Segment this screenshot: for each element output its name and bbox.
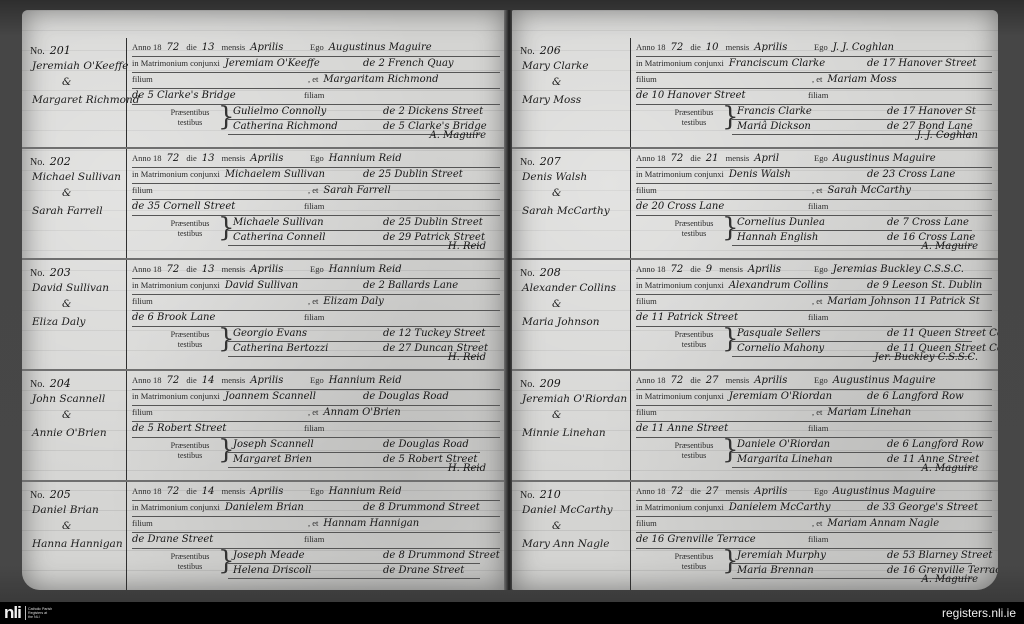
bride-line: filium , etSarah Farrell: [132, 185, 500, 200]
bride-address: de Drane Street: [132, 534, 213, 545]
margin-ampersand: &: [62, 76, 71, 88]
register-entry: No.203 David Sullivan & Eliza Daly Anno …: [22, 258, 506, 369]
logo-caption: Catholic Parish Registers at the NLI: [28, 607, 68, 619]
groom-line: in Matrimonium conjunxiDanielem McCarthy…: [636, 502, 992, 517]
register-entry: No.202 Michael Sullivan & Sarah Farrell …: [22, 147, 506, 258]
day: 13: [202, 42, 215, 53]
bride-address: de 10 Hanover Street: [636, 90, 746, 101]
margin-ampersand: &: [552, 76, 561, 88]
witness-1: Joseph Scannellde Douglas Road: [228, 439, 480, 453]
margin-groom-name: Jeremiah O'Keeffe: [32, 60, 128, 72]
groom-name: David Sullivan: [225, 280, 298, 291]
groom-line: in Matrimonium conjunxiFranciscum Clarke…: [636, 58, 992, 73]
priest-signature: A. Maguire: [429, 130, 486, 141]
margin-groom-name: Daniel McCarthy: [522, 504, 613, 516]
bride-name: Margaritam Richmond: [323, 74, 438, 85]
nli-logo[interactable]: nli: [4, 604, 21, 622]
bride-address: de 11 Anne Street: [636, 423, 728, 434]
witness-label: Præsentibustestibus: [664, 552, 724, 572]
entry-margin: No.207 Denis Walsh & Sarah McCarthy: [512, 149, 631, 258]
entry-body: Anno 1872 die14 mensisAprilis EgoHannium…: [132, 482, 500, 590]
groom-name: Denis Walsh: [729, 169, 791, 180]
groom-name: Danielem Brian: [225, 502, 304, 513]
entry-number: No.207: [520, 155, 566, 168]
priest: Augustinus Maguire: [833, 153, 936, 164]
entry-margin: No.210 Daniel McCarthy & Mary Ann Nagle: [512, 482, 631, 590]
date-line: Anno 1872 die13 mensisAprilis EgoAugusti…: [132, 42, 500, 57]
year: 72: [671, 486, 684, 497]
date-line: Anno 1872 die9 mensisAprilis EgoJeremias…: [636, 264, 992, 279]
month: Aprilis: [250, 264, 283, 275]
entry-number: No.209: [520, 377, 566, 390]
entry-body: Anno 1872 die14 mensisAprilis EgoHannium…: [132, 371, 500, 480]
groom-name: Joannem Scannell: [225, 391, 316, 402]
bride-line: filium , etMargaritam Richmond: [132, 74, 500, 89]
witness-2: Helena Driscollde Drane Street: [228, 565, 480, 579]
entry-number: No.210: [520, 488, 566, 501]
entry-number: No.202: [30, 155, 76, 168]
margin-groom-name: Denis Walsh: [522, 171, 587, 183]
priest-signature: Jer. Buckley C.S.S.C.: [874, 352, 978, 363]
bride-line: filium , etMariam Annam Nagle: [636, 518, 992, 533]
margin-ampersand: &: [552, 298, 561, 310]
margin-bride-name: Margaret Richmond: [32, 94, 139, 106]
year: 72: [167, 375, 180, 386]
groom-line: in Matrimonium conjunxiDanielem Brian de…: [132, 502, 500, 517]
groom-line: in Matrimonium conjunxiJeremiam O'Keeffe…: [132, 58, 500, 73]
priest-signature: A. Maguire: [921, 463, 978, 474]
year: 72: [671, 375, 684, 386]
month: Aprilis: [250, 42, 283, 53]
date-line: Anno 1872 die13 mensisAprilis EgoHannium…: [132, 153, 500, 168]
margin-ampersand: &: [552, 187, 561, 199]
witness-2: Catherina Bertozzide 27 Duncan Street: [228, 343, 480, 357]
priest: Hannium Reid: [329, 153, 402, 164]
date-line: Anno 1872 die14 mensisAprilis EgoHannium…: [132, 375, 500, 390]
bride-line: filium , etMariam Johnson 11 Patrick St: [636, 296, 992, 311]
margin-ampersand: &: [62, 409, 71, 421]
logo-divider: [25, 606, 26, 620]
witness-label: Præsentibustestibus: [160, 108, 220, 128]
margin-bride-name: Annie O'Brien: [32, 427, 107, 439]
year: 72: [167, 153, 180, 164]
priest: J. J. Coghlan: [833, 42, 894, 53]
register-entry: No.207 Denis Walsh & Sarah McCarthy Anno…: [512, 147, 998, 258]
entry-margin: No.202 Michael Sullivan & Sarah Farrell: [22, 149, 127, 258]
margin-ampersand: &: [552, 409, 561, 421]
groom-line: in Matrimonium conjunxiMichaelem Sulliva…: [132, 169, 500, 184]
witness-1: Gulielmo Connollyde 2 Dickens Street: [228, 106, 480, 120]
groom-address: de 17 Hanover Street: [867, 58, 977, 69]
priest-signature: H. Reid: [448, 352, 486, 363]
month: Aprilis: [250, 486, 283, 497]
register-entry: No.208 Alexander Collins & Maria Johnson…: [512, 258, 998, 369]
entry-number: No.204: [30, 377, 76, 390]
bride-name: Hannam Hannigan: [323, 518, 419, 529]
groom-address: de Douglas Road: [363, 391, 449, 402]
groom-address: de 6 Langford Row: [867, 391, 964, 402]
witness-1: Jeremiah Murphyde 53 Blarney Street: [732, 550, 972, 564]
groom-line: in Matrimonium conjunxiDenis Walsh de 23…: [636, 169, 992, 184]
groom-line: in Matrimonium conjunxiJoannem Scannell …: [132, 391, 500, 406]
right-entries: No.206 Mary Clarke & Mary Moss Anno 1872…: [512, 38, 998, 590]
witness-1: Joseph Meadede 8 Drummond Street: [228, 550, 480, 564]
witness-1: Daniele O'Riordande 6 Langford Row: [732, 439, 972, 453]
bride-address: de 35 Cornell Street: [132, 201, 235, 212]
entry-number: No.206: [520, 44, 566, 57]
entry-body: Anno 1872 die10 mensisAprilis EgoJ. J. C…: [636, 38, 992, 147]
witness-2: Margaret Briende 5 Robert Street: [228, 454, 480, 468]
bride-name: Mariam Annam Nagle: [827, 518, 939, 529]
groom-name: Franciscum Clarke: [729, 58, 825, 69]
margin-groom-name: Jeremiah O'Riordan: [522, 393, 627, 405]
footer-bar: nli Catholic Parish Registers at the NLI…: [0, 602, 1024, 624]
entry-margin: No.206 Mary Clarke & Mary Moss: [512, 38, 631, 147]
bride-line: filium , etSarah McCarthy: [636, 185, 992, 200]
priest: Hannium Reid: [329, 264, 402, 275]
year: 72: [671, 264, 684, 275]
entry-margin: No.209 Jeremiah O'Riordan & Minnie Lineh…: [512, 371, 631, 480]
groom-address: de 2 Ballards Lane: [363, 280, 458, 291]
register-entry: No.205 Daniel Brian & Hanna Hannigan Ann…: [22, 480, 506, 590]
priest-signature: H. Reid: [448, 463, 486, 474]
witness-label: Præsentibustestibus: [160, 330, 220, 350]
margin-bride-name: Eliza Daly: [32, 316, 85, 328]
bride-address: de 5 Robert Street: [132, 423, 226, 434]
month: Aprilis: [754, 42, 787, 53]
margin-ampersand: &: [62, 187, 71, 199]
entry-body: Anno 1872 die9 mensisAprilis EgoJeremias…: [636, 260, 992, 369]
bride-name: Elizam Daly: [323, 296, 383, 307]
groom-line: in Matrimonium conjunxiDavid Sullivan de…: [132, 280, 500, 295]
bride-line: filium , etMariam Moss: [636, 74, 992, 89]
day: 10: [706, 42, 719, 53]
priest-signature: H. Reid: [448, 241, 486, 252]
date-line: Anno 1872 die27 mensisAprilis EgoAugusti…: [636, 486, 992, 501]
margin-groom-name: Daniel Brian: [32, 504, 99, 516]
entry-body: Anno 1872 die13 mensisAprilis EgoHannium…: [132, 260, 500, 369]
witness-1: Cornelius Dunleade 7 Cross Lane: [732, 217, 972, 231]
day: 9: [706, 264, 712, 275]
date-line: Anno 1872 die13 mensisAprilis EgoHannium…: [132, 264, 500, 279]
bride-line: filium , etElizam Daly: [132, 296, 500, 311]
date-line: Anno 1872 die27 mensisAprilis EgoAugusti…: [636, 375, 992, 390]
margin-groom-name: Mary Clarke: [522, 60, 589, 72]
entry-body: Anno 1872 die27 mensisAprilis EgoAugusti…: [636, 482, 992, 590]
entry-margin: No.205 Daniel Brian & Hanna Hannigan: [22, 482, 127, 590]
bride-line: filium , etAnnam O'Brien: [132, 407, 500, 422]
month: Aprilis: [250, 153, 283, 164]
date-line: Anno 1872 die14 mensisAprilis EgoHannium…: [132, 486, 500, 501]
entry-number: No.208: [520, 266, 566, 279]
groom-address: de 25 Dublin Street: [363, 169, 463, 180]
margin-ampersand: &: [62, 298, 71, 310]
entry-margin: No.201 Jeremiah O'Keeffe & Margaret Rich…: [22, 38, 127, 147]
priest: Jeremias Buckley C.S.S.C.: [833, 264, 964, 275]
groom-address: de 33 George's Street: [867, 502, 978, 513]
day: 14: [202, 375, 215, 386]
entry-body: Anno 1872 die27 mensisAprilis EgoAugusti…: [636, 371, 992, 480]
day: 21: [706, 153, 719, 164]
margin-groom-name: Alexander Collins: [522, 282, 616, 294]
date-line: Anno 1872 die21 mensisApril EgoAugustinu…: [636, 153, 992, 168]
bride-address-line: de 5 Robert Street filiam: [132, 423, 500, 438]
priest-signature: A. Maguire: [921, 241, 978, 252]
groom-name: Danielem McCarthy: [729, 502, 831, 513]
groom-name: Michaelem Sullivan: [225, 169, 325, 180]
witness-1: Michaele Sullivande 25 Dublin Street: [228, 217, 480, 231]
margin-groom-name: Michael Sullivan: [32, 171, 121, 183]
groom-address: de 2 French Quay: [363, 58, 454, 69]
margin-groom-name: David Sullivan: [32, 282, 109, 294]
year: 72: [671, 153, 684, 164]
left-register-page: No.201 Jeremiah O'Keeffe & Margaret Rich…: [22, 10, 506, 590]
groom-name: Alexandrum Collins: [729, 280, 829, 291]
month: Aprilis: [250, 375, 283, 386]
groom-name: Jeremiam O'Riordan: [729, 391, 832, 402]
priest: Augustinus Maguire: [833, 486, 936, 497]
bride-line: filium , etMariam Linehan: [636, 407, 992, 422]
groom-address: de 8 Drummond Street: [363, 502, 480, 513]
bride-address: de 11 Patrick Street: [636, 312, 738, 323]
entry-margin: No.204 John Scannell & Annie O'Brien: [22, 371, 127, 480]
priest: Augustinus Maguire: [329, 42, 432, 53]
margin-ampersand: &: [62, 520, 71, 532]
bride-address-line: de 5 Clarke's Bridge filiam: [132, 90, 500, 105]
priest: Augustinus Maguire: [833, 375, 936, 386]
groom-address: de 23 Cross Lane: [867, 169, 955, 180]
day: 14: [202, 486, 215, 497]
bride-name: Mariam Linehan: [827, 407, 911, 418]
day: 27: [706, 486, 719, 497]
witness-label: Præsentibustestibus: [160, 441, 220, 461]
bride-address-line: de 10 Hanover Street filiam: [636, 90, 992, 105]
priest: Hannium Reid: [329, 486, 402, 497]
priest-signature: J. J. Coghlan: [917, 130, 978, 141]
entry-body: Anno 1872 die13 mensisAprilis EgoAugusti…: [132, 38, 500, 147]
bride-address-line: de 20 Cross Lane filiam: [636, 201, 992, 216]
margin-bride-name: Mary Ann Nagle: [522, 538, 610, 550]
month: Aprilis: [754, 486, 787, 497]
bride-name: Sarah Farrell: [323, 185, 390, 196]
entry-body: Anno 1872 die13 mensisAprilis EgoHannium…: [132, 149, 500, 258]
date-line: Anno 1872 die10 mensisAprilis EgoJ. J. C…: [636, 42, 992, 57]
margin-bride-name: Hanna Hannigan: [32, 538, 123, 550]
bride-name: Mariam Moss: [827, 74, 896, 85]
bride-address: de 20 Cross Lane: [636, 201, 724, 212]
register-entry: No.201 Jeremiah O'Keeffe & Margaret Rich…: [22, 38, 506, 147]
margin-ampersand: &: [552, 520, 561, 532]
entry-margin: No.203 David Sullivan & Eliza Daly: [22, 260, 127, 369]
groom-name: Jeremiam O'Keeffe: [225, 58, 320, 69]
entry-number: No.205: [30, 488, 76, 501]
right-register-page: No.206 Mary Clarke & Mary Moss Anno 1872…: [512, 10, 998, 590]
bride-address: de 6 Brook Lane: [132, 312, 215, 323]
margin-bride-name: Sarah McCarthy: [522, 205, 610, 217]
month: Aprilis: [754, 375, 787, 386]
bride-address: de 16 Grenville Terrace: [636, 534, 756, 545]
margin-groom-name: John Scannell: [32, 393, 105, 405]
bride-name: Sarah McCarthy: [827, 185, 911, 196]
bride-address-line: de Drane Street filiam: [132, 534, 500, 549]
bride-line: filium , etHannam Hannigan: [132, 518, 500, 533]
margin-bride-name: Maria Johnson: [522, 316, 600, 328]
bride-address-line: de 16 Grenville Terrace filiam: [636, 534, 992, 549]
site-link[interactable]: registers.nli.ie: [942, 606, 1016, 620]
year: 72: [167, 486, 180, 497]
witness-1: Pasquale Sellersde 11 Queen Street Cork: [732, 328, 972, 342]
groom-line: in Matrimonium conjunxiAlexandrum Collin…: [636, 280, 992, 295]
entry-margin: No.208 Alexander Collins & Maria Johnson: [512, 260, 631, 369]
priest-signature: A. Maguire: [921, 574, 978, 585]
witness-label: Præsentibustestibus: [664, 108, 724, 128]
left-entries: No.201 Jeremiah O'Keeffe & Margaret Rich…: [22, 38, 506, 590]
groom-line: in Matrimonium conjunxiJeremiam O'Riorda…: [636, 391, 992, 406]
witness-label: Præsentibustestibus: [664, 441, 724, 461]
bride-address-line: de 11 Anne Street filiam: [636, 423, 992, 438]
priest: Hannium Reid: [329, 375, 402, 386]
witness-1: Francis Clarkede 17 Hanover St: [732, 106, 972, 120]
margin-bride-name: Mary Moss: [522, 94, 581, 106]
bride-address: de 5 Clarke's Bridge: [132, 90, 236, 101]
year: 72: [671, 42, 684, 53]
register-entry: No.209 Jeremiah O'Riordan & Minnie Lineh…: [512, 369, 998, 480]
witness-label: Præsentibustestibus: [160, 219, 220, 239]
register-entry: No.204 John Scannell & Annie O'Brien Ann…: [22, 369, 506, 480]
bride-address-line: de 11 Patrick Street filiam: [636, 312, 992, 327]
entry-body: Anno 1872 die21 mensisApril EgoAugustinu…: [636, 149, 992, 258]
entry-number: No.201: [30, 44, 76, 57]
register-entry: No.206 Mary Clarke & Mary Moss Anno 1872…: [512, 38, 998, 147]
month: Aprilis: [748, 264, 781, 275]
day: 13: [202, 153, 215, 164]
year: 72: [167, 264, 180, 275]
day: 13: [202, 264, 215, 275]
month: April: [754, 153, 779, 164]
witness-2: Catherina Connellde 29 Patrick Street: [228, 232, 480, 246]
witness-label: Præsentibustestibus: [160, 552, 220, 572]
bride-name: Annam O'Brien: [323, 407, 400, 418]
margin-bride-name: Minnie Linehan: [522, 427, 606, 439]
year: 72: [167, 42, 180, 53]
witness-1: Georgio Evansde 12 Tuckey Street: [228, 328, 480, 342]
bride-name: Mariam Johnson 11 Patrick St: [827, 296, 979, 307]
groom-address: de 9 Leeson St. Dublin: [867, 280, 982, 291]
day: 27: [706, 375, 719, 386]
image-viewer[interactable]: No.201 Jeremiah O'Keeffe & Margaret Rich…: [0, 0, 1024, 602]
register-entry: No.210 Daniel McCarthy & Mary Ann Nagle …: [512, 480, 998, 590]
margin-bride-name: Sarah Farrell: [32, 205, 103, 217]
bride-address-line: de 6 Brook Lane filiam: [132, 312, 500, 327]
entry-number: No.203: [30, 266, 76, 279]
bride-address-line: de 35 Cornell Street filiam: [132, 201, 500, 216]
witness-label: Præsentibustestibus: [664, 219, 724, 239]
witness-label: Præsentibustestibus: [664, 330, 724, 350]
